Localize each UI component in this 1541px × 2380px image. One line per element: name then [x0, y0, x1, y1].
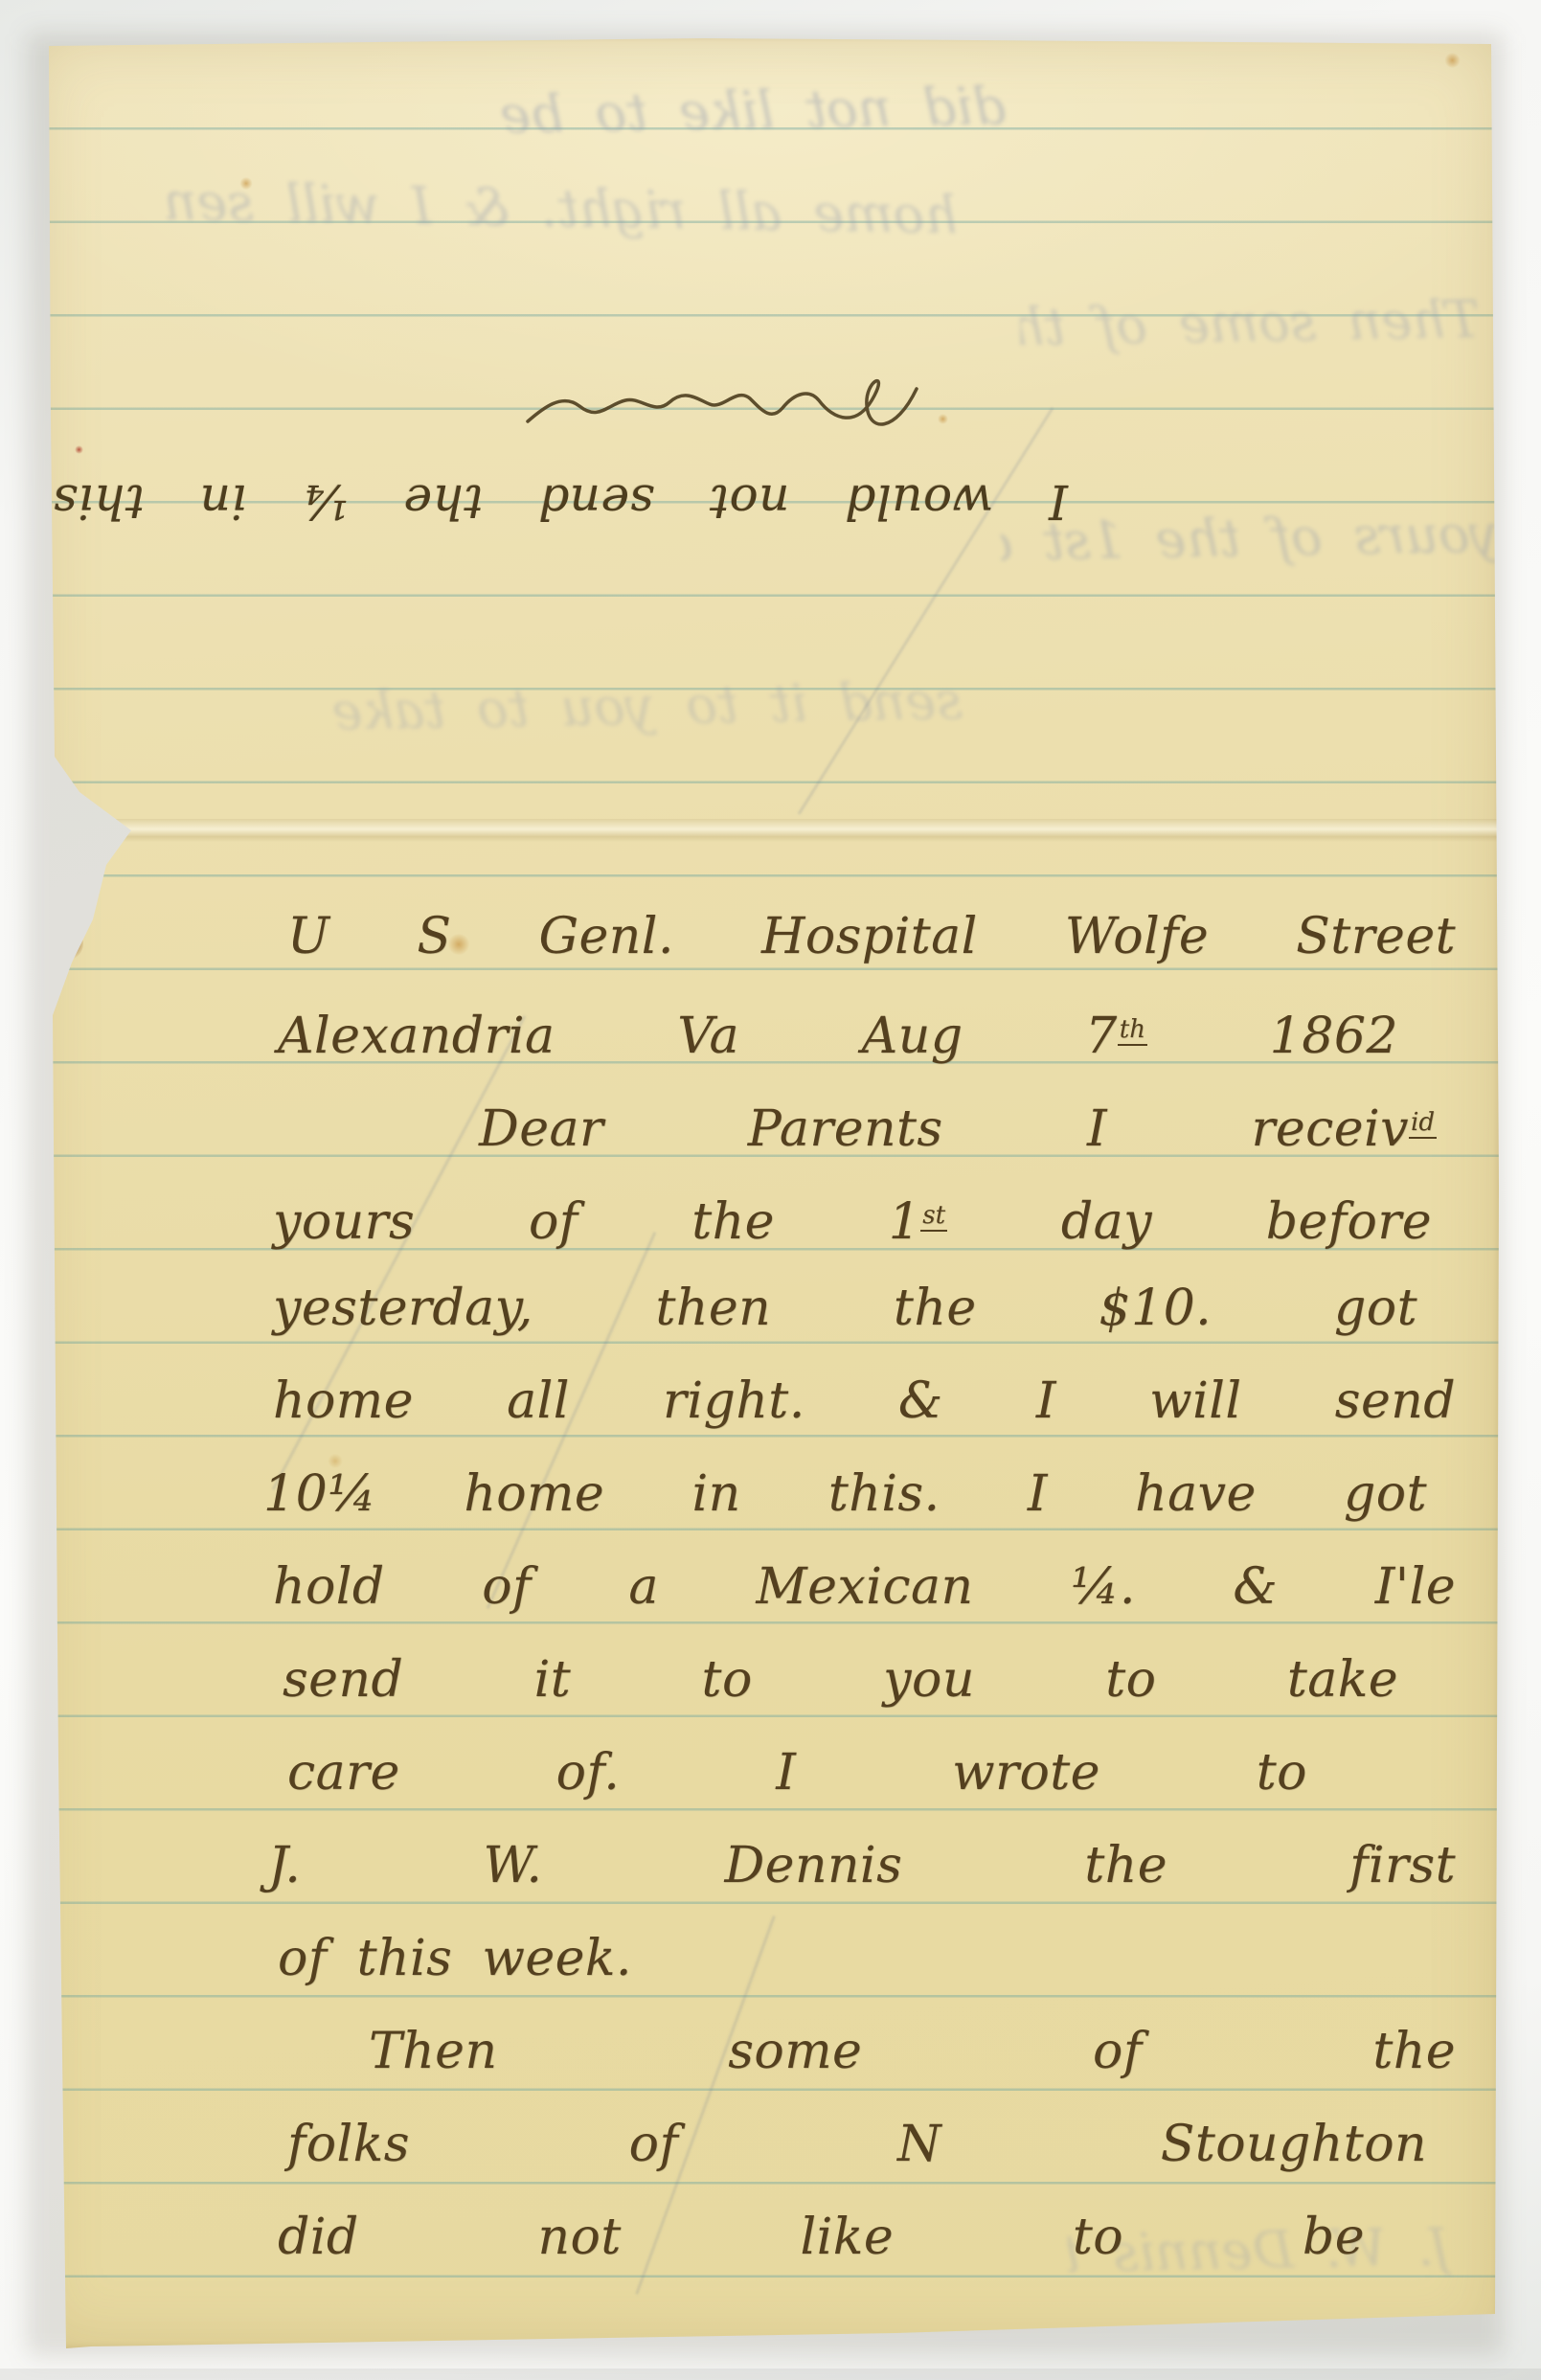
letter-line: folks of N Stoughton — [287, 2098, 1427, 2191]
bleed-through-text: home all right. & I will send — [163, 171, 959, 245]
letter-line: send it to you to take — [283, 1634, 1398, 1727]
signature-scrawl — [512, 352, 924, 448]
bleed-through-text: yours of the 1st day before — [1000, 503, 1499, 572]
stain — [328, 1454, 343, 1468]
letter-paper: did not like to be home all right. & I w… — [34, 36, 1499, 2348]
letter-line: Dear Parents I receivid — [479, 1077, 1437, 1169]
stain — [938, 414, 948, 424]
postscript-upside-down: I would not send the ¼ in this — [53, 335, 1068, 555]
letter-line: Then some of the — [369, 2006, 1456, 2098]
letter-line: hold of a Mexican ¼. & I'le — [273, 1541, 1456, 1634]
letter-line: did not like to be — [278, 2191, 1365, 2284]
letter-line: care of. I wrote to — [287, 1727, 1307, 1820]
letter-line: of this week. — [278, 1913, 1456, 2006]
letter-line: Alexandria Va Aug 7th 1862 — [278, 984, 1398, 1077]
bleed-through-text: send it to you to take — [292, 670, 963, 742]
stain — [447, 934, 470, 955]
letter-line: J. W. Dennis the first — [268, 1820, 1456, 1913]
fold-crease — [34, 819, 1499, 842]
stain — [1444, 53, 1461, 68]
stain — [239, 177, 253, 190]
letter-line: home all right. & I will send — [273, 1355, 1456, 1448]
bleed-through-text: Then some of the — [1019, 289, 1480, 357]
letter-line: yesterday, then the $10. got — [273, 1262, 1417, 1355]
bleed-through-text: did not like to be — [249, 76, 1007, 149]
letter-body: U S Genl. Hospital Wolfe StreetAlexandri… — [263, 891, 1456, 2284]
letter-line: yours of the 1st day before — [273, 1169, 1432, 1262]
stain — [75, 445, 83, 454]
postscript-line: I would not send the ¼ in this — [53, 448, 1068, 555]
letter-line: 10¼ home in this. I have got — [263, 1448, 1427, 1541]
scanned-letter-page: did not like to be home all right. & I w… — [0, 0, 1541, 2380]
